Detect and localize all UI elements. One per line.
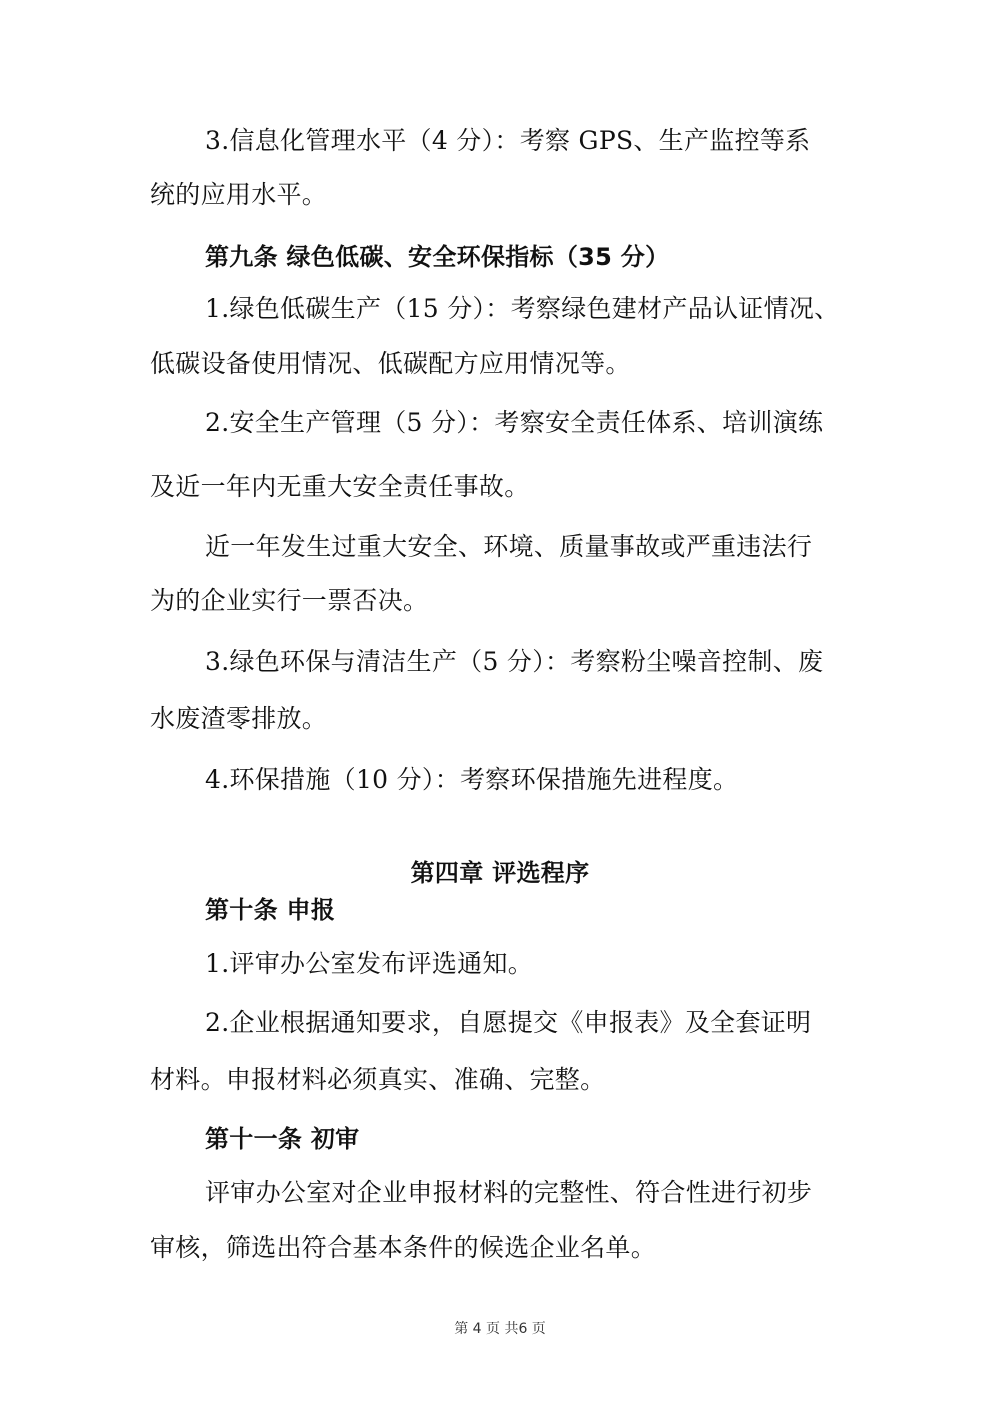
paragraph-line: 3.绿色环保与清洁生产（5 分）：考察粉尘噪音控制、废 <box>205 645 905 679</box>
chapter-title: 第四章 评选程序 <box>0 856 1000 890</box>
paragraph-line: 2.企业根据通知要求，自愿提交《申报表》及全套证明 <box>205 1006 905 1040</box>
article-heading: 第十一条 初审 <box>205 1122 905 1156</box>
paragraph-line: 评审办公室对企业申报材料的完整性、符合性进行初步 <box>205 1176 905 1210</box>
page-footer: 第 4 页 共6 页 <box>0 1318 1000 1338</box>
paragraph-line: 审核，筛选出符合基本条件的候选企业名单。 <box>150 1231 850 1265</box>
paragraph-line: 2.安全生产管理（5 分）：考察安全责任体系、培训演练 <box>205 406 905 440</box>
paragraph-line: 水废渣零排放。 <box>150 702 850 736</box>
paragraph-line: 材料。申报材料必须真实、准确、完整。 <box>150 1063 850 1097</box>
paragraph-line: 低碳设备使用情况、低碳配方应用情况等。 <box>150 347 850 381</box>
paragraph-line: 为的企业实行一票否决。 <box>150 584 850 618</box>
paragraph-line: 4.环保措施（10 分）：考察环保措施先进程度。 <box>205 763 905 797</box>
paragraph-line: 1.评审办公室发布评选通知。 <box>205 947 905 981</box>
paragraph-line: 及近一年内无重大安全责任事故。 <box>150 470 850 504</box>
article-heading: 第十条 申报 <box>205 893 905 927</box>
paragraph-line: 3.信息化管理水平（4 分）：考察 GPS、生产监控等系 <box>205 124 905 158</box>
paragraph-line: 统的应用水平。 <box>150 178 850 212</box>
paragraph-line: 近一年发生过重大安全、环境、质量事故或严重违法行 <box>205 530 905 564</box>
article-heading: 第九条 绿色低碳、安全环保指标（35 分） <box>205 240 905 274</box>
paragraph-line: 1.绿色低碳生产（15 分）：考察绿色建材产品认证情况、 <box>205 292 905 326</box>
